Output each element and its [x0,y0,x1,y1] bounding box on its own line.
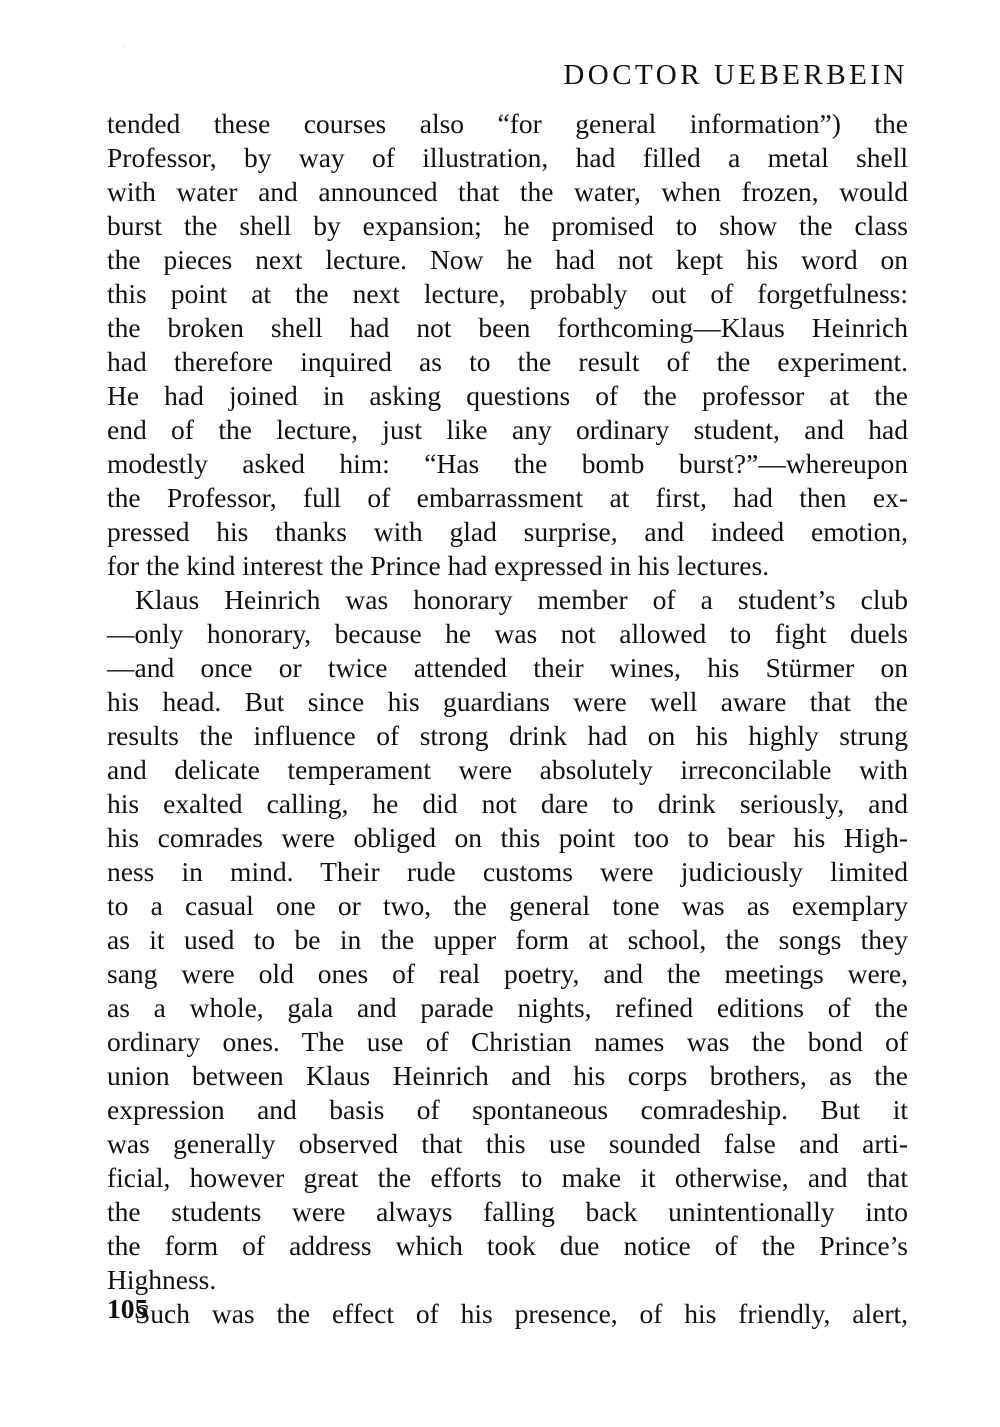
text-line: for the kind interest the Prince had exp… [107,549,908,583]
text-line: burst the shell by expansion; he promise… [107,209,908,243]
text-line: pressed his thanks with glad surprise, a… [107,515,908,549]
text-line: the broken shell had not been forthcomin… [107,311,908,345]
text-line: —only honorary, because he was not allow… [107,617,908,651]
text-line: —and once or twice attended their wines,… [107,651,908,685]
text-line: with water and announced that the water,… [107,175,908,209]
text-line: expression and basis of spontaneous comr… [107,1093,908,1127]
text-line: sang were old ones of real poetry, and t… [107,957,908,991]
text-line: He had joined in asking questions of the… [107,379,908,413]
text-line: Professor, by way of illustration, had f… [107,141,908,175]
running-head: DOCTOR UEBERBEIN [563,58,908,92]
text-line: as it used to be in the upper form at sc… [107,923,908,957]
text-line: ness in mind. Their rude customs were ju… [107,855,908,889]
text-line: his comrades were obliged on this point … [107,821,908,855]
text-line: the pieces next lecture. Now he had not … [107,243,908,277]
text-line: the form of address which took due notic… [107,1229,908,1263]
text-line: ordinary ones. The use of Christian name… [107,1025,908,1059]
paragraph-start-line: Klaus Heinrich was honorary member of a … [107,583,908,617]
text-line: to a casual one or two, the general tone… [107,889,908,923]
page-number: 105 [107,1292,148,1326]
text-line: Highness. [107,1263,908,1297]
text-line: results the influence of strong drink ha… [107,719,908,753]
text-line: tended these courses also “for general i… [107,107,908,141]
scan-speck [124,46,125,47]
text-line: as a whole, gala and parade nights, refi… [107,991,908,1025]
text-line: the students were always falling back un… [107,1195,908,1229]
paragraph-start-line: Such was the effect of his presence, of … [107,1297,908,1331]
text-line: his head. But since his guardians were w… [107,685,908,719]
text-line: had therefore inquired as to the result … [107,345,908,379]
text-line: and delicate temperament were absolutely… [107,753,908,787]
text-line: union between Klaus Heinrich and his cor… [107,1059,908,1093]
text-line: ficial, however great the efforts to mak… [107,1161,908,1195]
text-line: this point at the next lecture, probably… [107,277,908,311]
text-line: his exalted calling, he did not dare to … [107,787,908,821]
body-text: tended these courses also “for general i… [107,107,908,1331]
text-line: was generally observed that this use sou… [107,1127,908,1161]
text-line: end of the lecture, just like any ordina… [107,413,908,447]
text-line: modestly asked him: “Has the bomb burst?… [107,447,908,481]
text-line: the Professor, full of embarrassment at … [107,481,908,515]
